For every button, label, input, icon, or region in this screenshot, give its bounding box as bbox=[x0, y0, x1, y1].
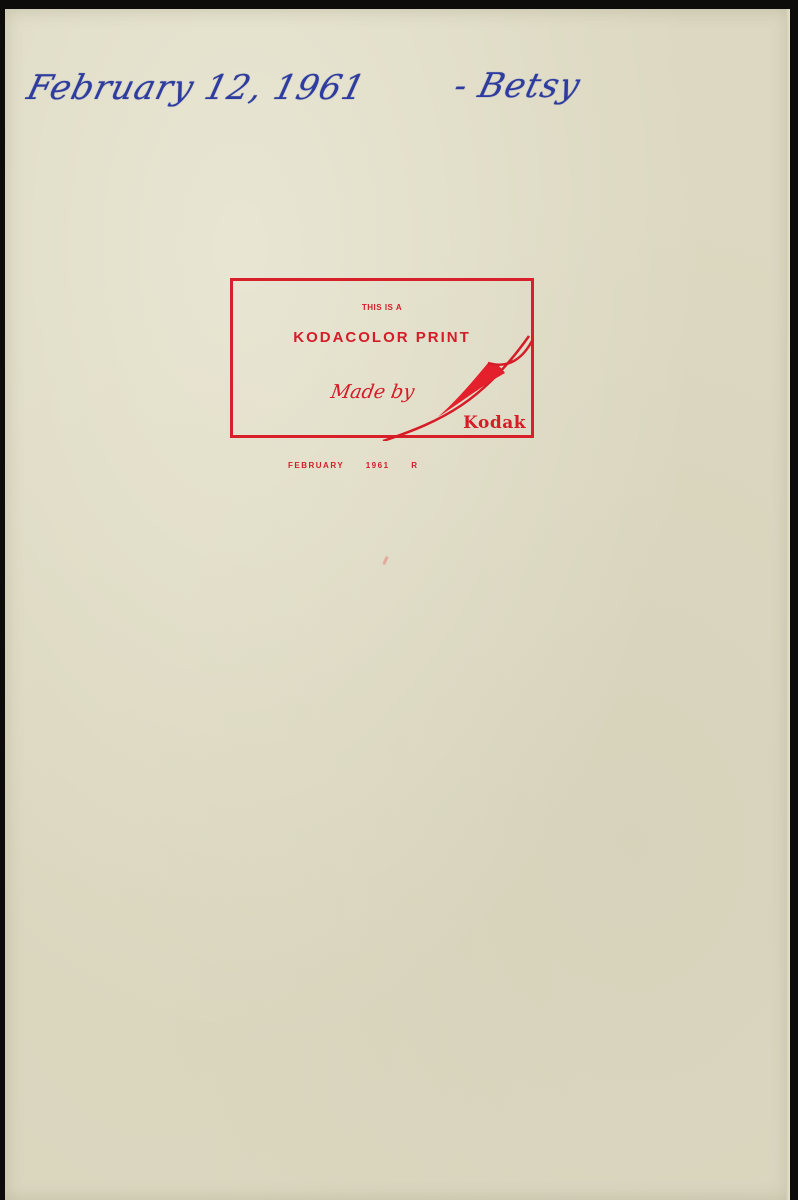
kodacolor-stamp: THIS IS A KODACOLOR PRINT Made by Kodak bbox=[230, 278, 534, 438]
stamp-made-by: Made by bbox=[329, 381, 416, 403]
photo-back bbox=[5, 9, 790, 1200]
print-date-code: FEBRUARY 1961 R bbox=[288, 461, 419, 470]
handwritten-signature: - Betsy bbox=[450, 66, 585, 106]
photo-edge bbox=[786, 9, 790, 1200]
kodak-logo-text: Kodak bbox=[463, 413, 526, 433]
handwritten-date: February 12, 1961 bbox=[23, 68, 370, 108]
